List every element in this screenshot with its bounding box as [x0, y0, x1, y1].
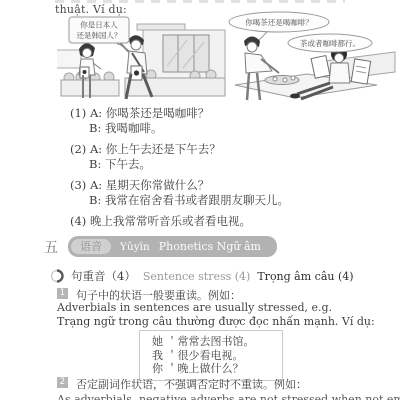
- cartoon-street-scene: 你是日本人 还是韩国人？: [55, 16, 227, 106]
- dialogue-b-line: B: 下午去。: [89, 157, 380, 172]
- section-number: 五: [44, 237, 59, 257]
- section-title-pinyin: Yǔyīn: [120, 241, 150, 253]
- textbook-page: thuật. Ví dụ:: [0, 0, 400, 400]
- dialogue-examples: (1) A: 你喝茶还是喝咖啡？ B: 我喝咖啡。 (2) A: 你上午去还是下…: [70, 106, 380, 235]
- dialogue-a-line: (1) A: 你喝茶还是喝咖啡？: [70, 106, 380, 121]
- rule-text-vietnamese: Trạng ngữ trong câu thường được đọc nhấn…: [57, 315, 375, 328]
- subsection-header: 句重音（4） Sentence stress (4) Trọng âm câu …: [50, 268, 354, 284]
- cartoon-tea-scene: 你喝茶还是喝咖啡？ 茶或者咖啡都行。: [227, 10, 397, 108]
- dialogue-item: (2) A: 你上午去还是下午去？ B: 下午去。: [70, 142, 380, 172]
- half-circle-bullet-icon: [50, 269, 64, 283]
- low-wall: [57, 50, 81, 68]
- section-title-translation: Phonetics Ngữ âm: [159, 240, 261, 253]
- dialogue-item: (3) A: 星期天你常做什么？ B: 我常在宿舍看书或者跟朋友聊天儿。: [70, 178, 380, 208]
- point-number-badge: 1: [57, 288, 68, 299]
- rule-text-english: Adverbials in sentences are usually stre…: [57, 301, 332, 314]
- point-number-badge: 2: [57, 377, 68, 388]
- rule-text-chinese: 否定副词作状语，不强调否定时不重读。例如：: [76, 376, 307, 392]
- example-sentence: 她 ＇常常去图书馆。: [152, 335, 282, 349]
- rule-text-english-clipped: As adverbials, negative adverbs are not …: [57, 393, 400, 400]
- subsection-title-chinese: 句重音（4）: [71, 268, 136, 284]
- dialogue-a-line: (3) A: 星期天你常做什么？: [70, 178, 380, 193]
- example-sentence: 你 ＇晚上做什么？: [152, 362, 282, 376]
- section-title-pill: 语音 Yǔyīn Phonetics Ngữ âm: [68, 236, 277, 257]
- dialogue-item: (1) A: 你喝茶还是喝咖啡？ B: 我喝咖啡。: [70, 106, 380, 136]
- bubble-text: 你喝茶还是喝咖啡？: [245, 17, 313, 27]
- dialogue-b-line: B: 我喝咖啡。: [89, 121, 380, 136]
- section-header: 五 语音 Yǔyīn Phonetics Ngữ âm: [44, 236, 277, 257]
- dialogue-a-line: (2) A: 你上午去还是下午去？: [70, 142, 380, 157]
- page-intro-text: thuật. Ví dụ:: [55, 3, 127, 16]
- example-sentence: 我 ＇很少看电视。: [152, 349, 282, 363]
- rule-point-2: 2 否定副词作状语，不强调否定时不重读。例如：: [57, 376, 387, 392]
- subsection-title-english: Sentence stress (4): [143, 270, 251, 283]
- bubble-text-line2: 还是韩国人？: [77, 30, 122, 40]
- stress-example-box: 她 ＇常常去图书馆。 我 ＇很少看电视。 你 ＇晚上做什么？: [139, 330, 283, 381]
- subsection-title-vietnamese: Trọng âm câu (4): [257, 270, 353, 283]
- dialogue-single-line: (4) 晚上我常常听音乐或者看电视。: [70, 214, 380, 229]
- speech-bubble-answer: 茶或者咖啡都行。: [288, 34, 372, 52]
- bubble-text: 茶或者咖啡都行。: [300, 38, 360, 48]
- section-title-chinese: 语音: [71, 239, 111, 254]
- dialogue-b-line: B: 我常在宿舍看书或者跟朋友聊天儿。: [89, 193, 380, 208]
- bubble-text-line1: 你是日本人: [80, 20, 118, 30]
- dialogue-item: (4) 晚上我常常听音乐或者看电视。: [70, 214, 380, 229]
